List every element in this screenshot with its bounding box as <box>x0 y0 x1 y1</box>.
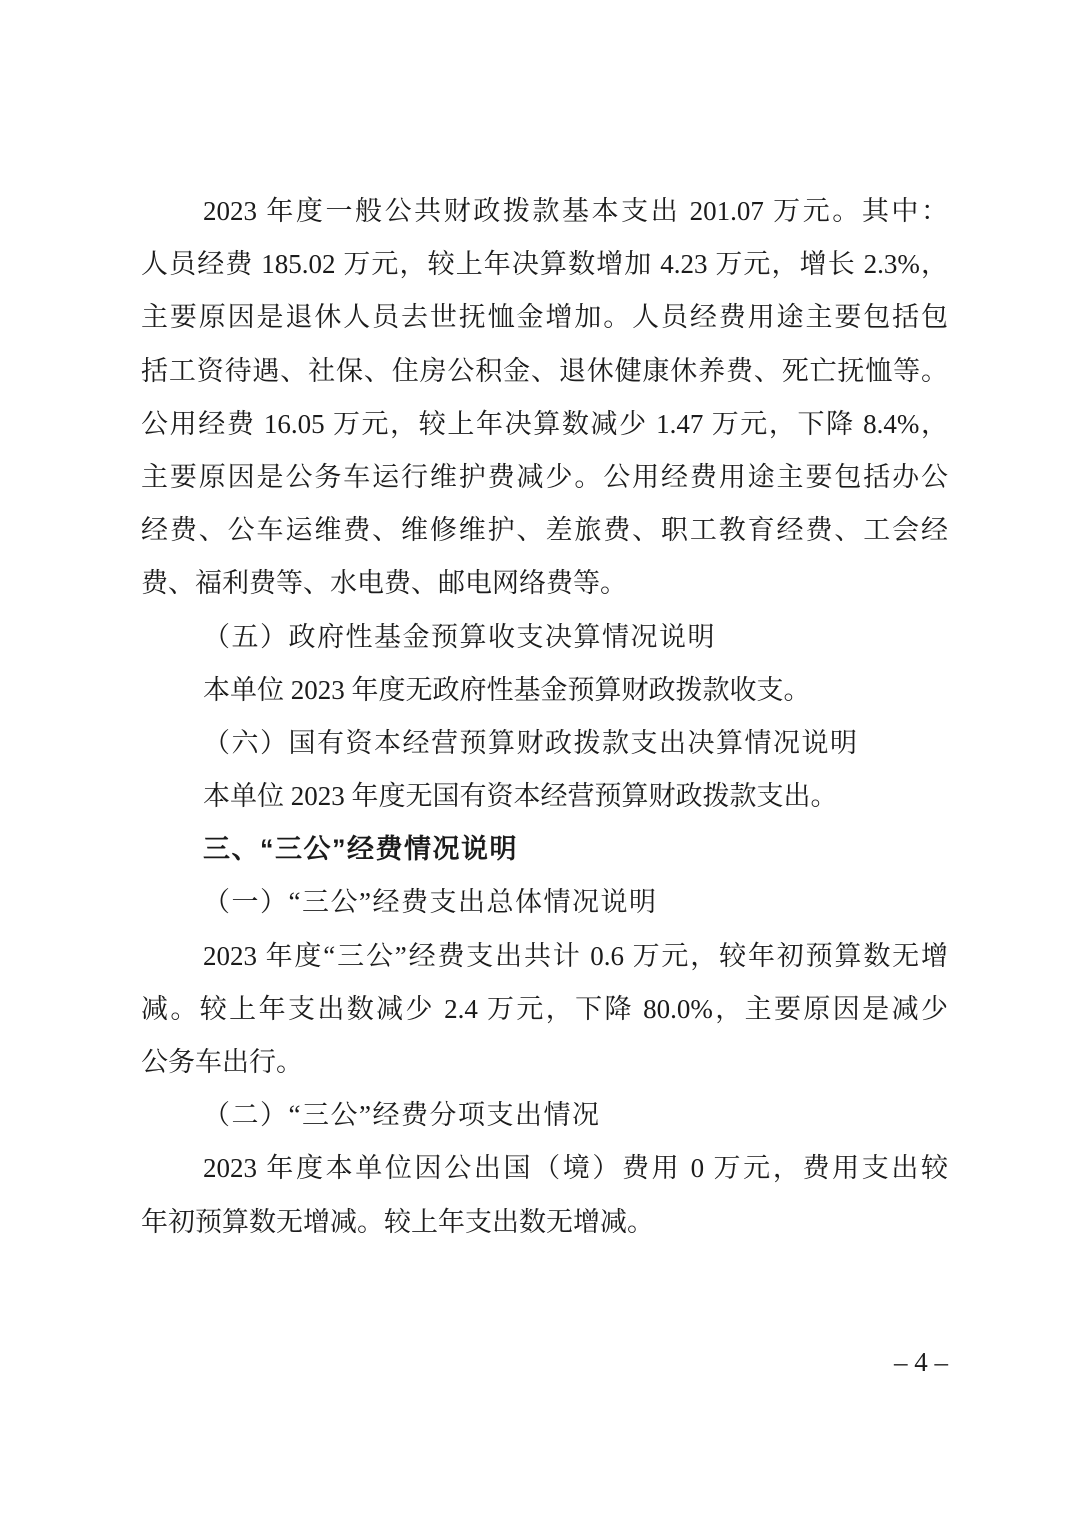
text-line-13: 三、“三公”经费情况说明 <box>141 823 948 876</box>
text-line-10: 本单位 2023 年度无政府性基金预算财政拨款收支。 <box>141 664 948 717</box>
text-line-12: 本单位 2023 年度无国有资本经营预算财政拨款支出。 <box>141 770 948 823</box>
text-line-11: （六）国有资本经营预算财政拨款支出决算情况说明 <box>141 717 948 770</box>
text-line-4: 括工资待遇、社保、住房公积金、退休健康休养费、死亡抚恤等。 <box>141 345 948 398</box>
text-line-3: 主要原因是退休人员去世抚恤金增加。人员经费用途主要包括包 <box>141 291 948 344</box>
text-line-8: 费、福利费等、水电费、邮电网络费等。 <box>141 557 948 610</box>
text-line-18: （二）“三公”经费分项支出情况 <box>141 1089 948 1142</box>
text-line-17: 公务车出行。 <box>141 1036 948 1089</box>
text-line-14: （一）“三公”经费支出总体情况说明 <box>141 876 948 929</box>
text-line-9: （五）政府性基金预算收支决算情况说明 <box>141 611 948 664</box>
text-line-1: 2023 年度一般公共财政拨款基本支出 201.07 万元。其中： <box>141 185 948 238</box>
text-line-19: 2023 年度本单位因公出国（境）费用 0 万元，费用支出较 <box>141 1142 948 1195</box>
document-page: 2023 年度一般公共财政拨款基本支出 201.07 万元。其中：人员经费 18… <box>0 0 1075 1520</box>
text-line-20: 年初预算数无增减。较上年支出数无增减。 <box>141 1196 948 1249</box>
text-line-6: 主要原因是公务车运行维护费减少。公用经费用途主要包括办公 <box>141 451 948 504</box>
text-block: 2023 年度一般公共财政拨款基本支出 201.07 万元。其中：人员经费 18… <box>141 185 948 1249</box>
page-footer: – 4 – <box>894 1336 948 1389</box>
text-line-15: 2023 年度“三公”经费支出共计 0.6 万元，较年初预算数无增 <box>141 930 948 983</box>
text-line-16: 减。较上年支出数减少 2.4 万元，下降 80.0%，主要原因是减少 <box>141 983 948 1036</box>
text-line-7: 经费、公车运维费、维修维护、差旅费、职工教育经费、工会经 <box>141 504 948 557</box>
text-line-2: 人员经费 185.02 万元，较上年决算数增加 4.23 万元，增长 2.3%， <box>141 238 948 291</box>
page-number: – 4 – <box>894 1347 948 1377</box>
text-line-5: 公用经费 16.05 万元，较上年决算数减少 1.47 万元，下降 8.4%， <box>141 398 948 451</box>
